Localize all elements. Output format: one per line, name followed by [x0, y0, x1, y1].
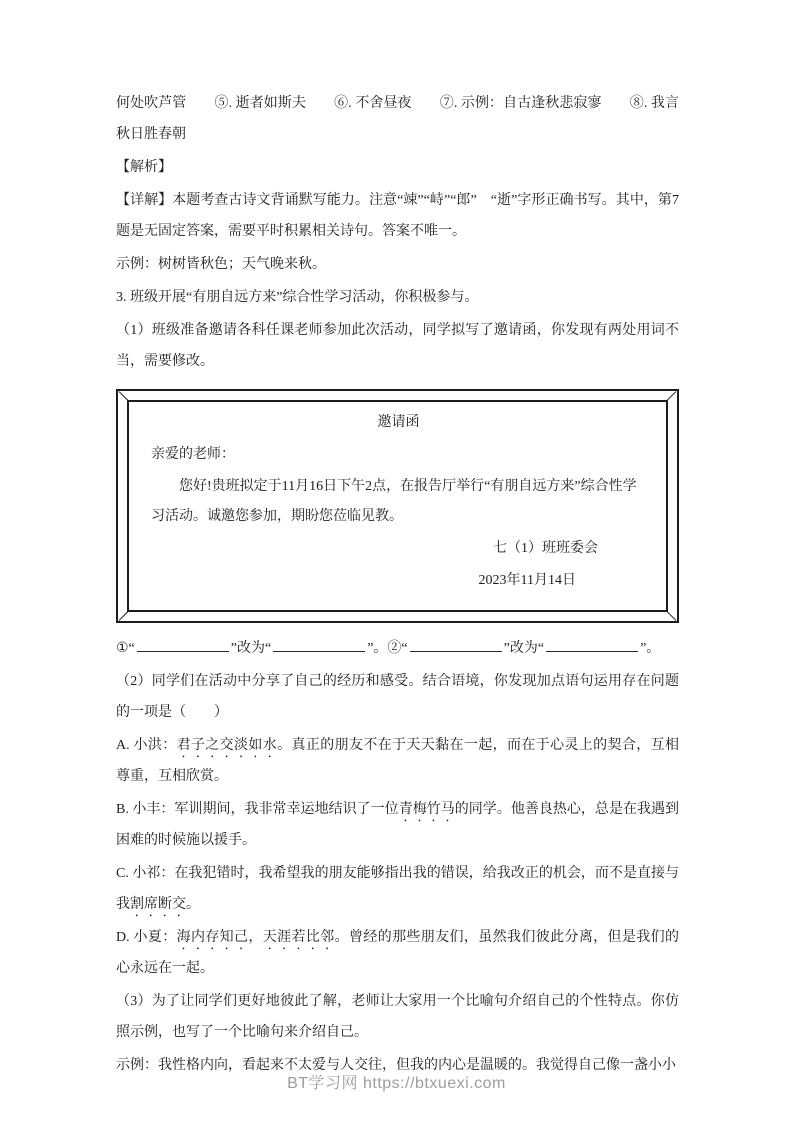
invitation-title: 邀请函: [151, 408, 646, 438]
frame-corner-line: [666, 610, 677, 621]
invitation-signature: 七（1）班班委会: [151, 534, 646, 564]
option-b: B. 小丰：军训期间，我非常幸运地结识了一位青梅竹马的同学。他善良热心，总是在我…: [116, 794, 679, 856]
invitation-inner: 邀请函 亲爱的老师： 您好!贵班拟定于11月16日下午2点，在报告厅举行“有朋自…: [127, 400, 668, 612]
exam-page: 何处吹芦管 ⑤. 逝者如斯夫 ⑥. 不舍昼夜 ⑦. 示例：自古逢秋悲寂寥 ⑧. …: [0, 0, 793, 1122]
answer-blank: [546, 647, 638, 652]
emphasized-phrase: 割席断交: [130, 897, 186, 912]
emphasized-phrase: 海内存知己: [177, 930, 249, 945]
answer-items-line: 何处吹芦管 ⑤. 逝者如斯夫 ⑥. 不舍昼夜 ⑦. 示例：自古逢秋悲寂寥 ⑧. …: [116, 88, 679, 150]
option-a: A. 小洪：君子之交淡如水。真正的朋友不在于天天黏在一起，而在于心灵上的契合，互…: [116, 730, 679, 792]
emphasized-phrase: 君子之交淡如水: [177, 738, 278, 753]
document-body: 何处吹芦管 ⑤. 逝者如斯夫 ⑥. 不舍昼夜 ⑦. 示例：自古逢秋悲寂寥 ⑧. …: [116, 88, 679, 1083]
question-3-part1: （1）班级准备邀请各科任课老师参加此次活动，同学拟写了邀请函，你发现有两处用词不…: [116, 315, 679, 377]
invitation-date: 2023年11月14日: [151, 566, 646, 596]
invitation-salutation: 亲爱的老师：: [151, 440, 646, 470]
invitation-body: 您好!贵班拟定于11月16日下午2点，在报告厅举行“有朋自远方来”综合性学习活动…: [151, 472, 646, 532]
frame-corner-line: [119, 391, 130, 402]
option-d: D. 小夏：海内存知己，天涯若比邻。曾经的那些朋友们，虽然我们彼此分离，但是我们…: [116, 922, 679, 984]
option-c: C. 小祁：在我犯错时，我希望我的朋友能够指出我的错误，给我改正的机会，而不是直…: [116, 858, 679, 920]
emphasized-phrase: 天涯若比邻: [263, 930, 335, 945]
question-3-intro: 3. 班级开展“有朋自远方来”综合性学习活动，你积极参与。: [116, 282, 679, 313]
answer-blank: [273, 647, 365, 652]
analysis-label: 【解析】: [116, 152, 679, 183]
emphasized-phrase: 青梅竹马: [399, 802, 455, 817]
question-3-blanks-line: ①“”改为“”。②“”改为“”。: [116, 633, 679, 664]
frame-corner-line: [119, 610, 130, 621]
frame-corner-line: [666, 391, 677, 402]
invitation-card: 邀请函 亲爱的老师： 您好!贵班拟定于11月16日下午2点，在报告厅举行“有朋自…: [116, 389, 679, 623]
answer-blank: [137, 647, 229, 652]
analysis-example: 示例：树树皆秋色；天气晚来秋。: [116, 249, 679, 280]
analysis-detail: 【详解】本题考查古诗文背诵默写能力。注意“竦”“峙”“郎” “逝”字形正确书写。…: [116, 185, 679, 247]
site-watermark: BT学习网 https://btxuexi.com: [0, 1070, 793, 1093]
question-3-part3: （3）为了让同学们更好地彼此了解，老师让大家用一个比喻句介绍自己的个性特点。你仿…: [116, 986, 679, 1048]
question-3-part2: （2）同学们在活动中分享了自己的经历和感受。结合语境，你发现加点语句运用存在问题…: [116, 666, 679, 728]
answer-blank: [410, 647, 502, 652]
